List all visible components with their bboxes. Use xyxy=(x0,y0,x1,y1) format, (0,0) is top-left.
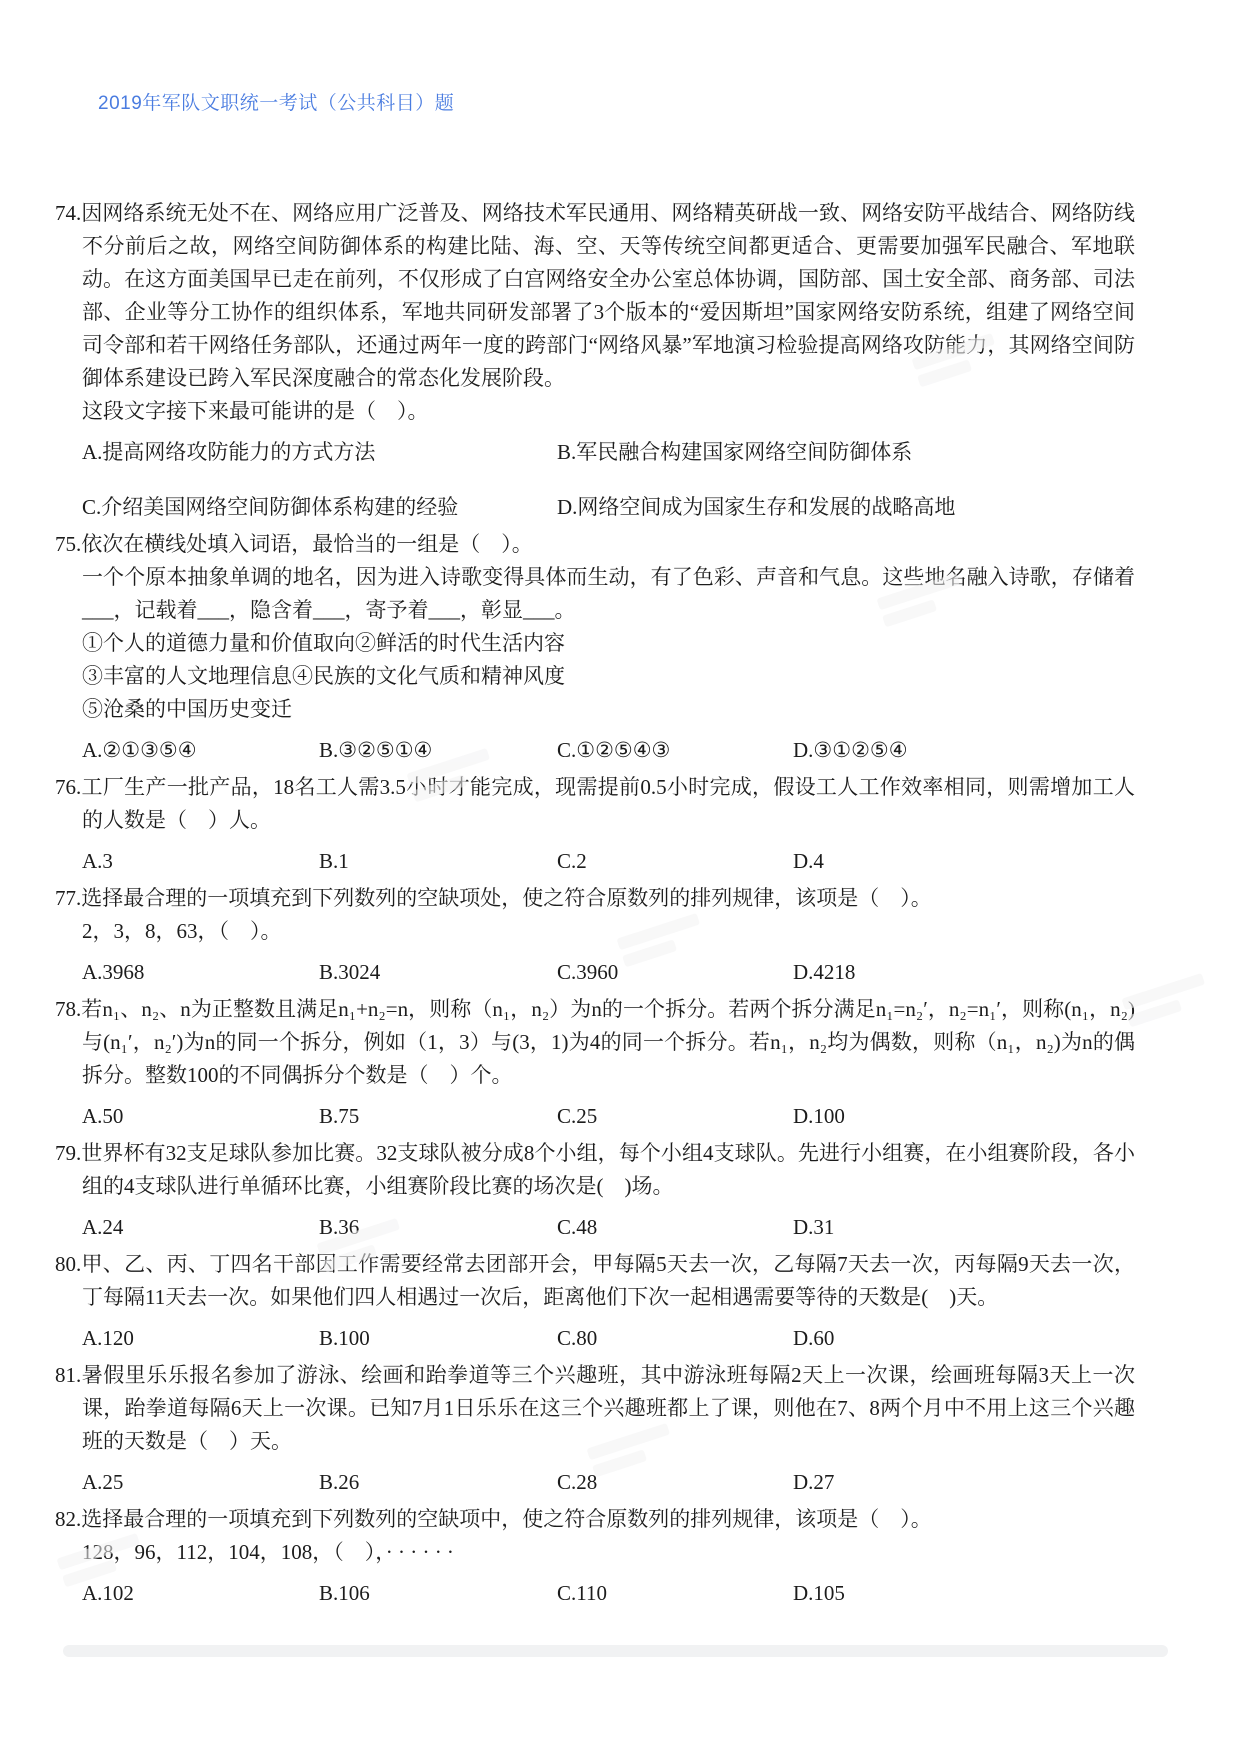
question-stem: 80.甲、乙、丙、丁四名干部因工作需要经常去团部开会，甲每隔5天去一次，乙每隔7… xyxy=(55,1248,1135,1314)
option-a: A.102 xyxy=(82,1577,319,1610)
option-d: D.③①②⑤④ xyxy=(793,734,1135,767)
options-row: A.提高网络攻防能力的方式方法 B.军民融合构建国家网络空间防御体系 C.介绍美… xyxy=(55,436,1135,524)
question-number: 74. xyxy=(55,201,81,225)
question-passage: 一个个原本抽象单调的地名，因为进入诗歌变得具体而生动，有了色彩、声音和气息。这些… xyxy=(55,561,1135,627)
question-76: 76.工厂生产一批产品，18名工人需3.5小时才能完成，现需提前0.5小时完成，… xyxy=(55,771,1135,878)
option-c: C.25 xyxy=(557,1100,793,1133)
option-c: C.介绍美国网络空间防御体系构建的经验 xyxy=(82,491,557,524)
option-a: A.3968 xyxy=(82,956,319,989)
option-c: C.①②⑤④③ xyxy=(557,734,793,767)
options-row: A.50 B.75 C.25 D.100 xyxy=(55,1100,1135,1133)
question-stem-text: 暑假里乐乐报名参加了游泳、绘画和跆拳道等三个兴趣班，其中游泳班每隔2天上一次课，… xyxy=(81,1363,1135,1453)
question-75: 75.依次在横线处填入词语，最恰当的一组是（ ）。 一个个原本抽象单调的地名，因… xyxy=(55,528,1135,767)
option-b: B.75 xyxy=(319,1100,557,1133)
question-78: 78.若n₁、n₂、n为正整数且满足n₁+n₂=n，则称（n₁，n₂）为n的一个… xyxy=(55,993,1135,1133)
question-number: 75. xyxy=(55,532,81,556)
question-number: 82. xyxy=(55,1507,81,1531)
option-a: A.3 xyxy=(82,845,319,878)
question-sequence: 128，96，112，104，108，（ ），· · · · · · xyxy=(55,1536,1135,1569)
options-row: A.25 B.26 C.28 D.27 xyxy=(55,1466,1135,1499)
option-d: D.100 xyxy=(793,1100,1135,1133)
question-item-line: ③丰富的人文地理信息④民族的文化气质和精神风度 xyxy=(55,660,1135,693)
option-a: A.提高网络攻防能力的方式方法 xyxy=(82,436,557,469)
question-number: 81. xyxy=(55,1363,81,1387)
option-b: B.③②⑤①④ xyxy=(319,734,557,767)
option-d: D.60 xyxy=(793,1322,1135,1355)
option-a: A.50 xyxy=(82,1100,319,1133)
option-a: A.25 xyxy=(82,1466,319,1499)
option-d: D.27 xyxy=(793,1466,1135,1499)
option-b: B.26 xyxy=(319,1466,557,1499)
question-lead: 这段文字接下来最可能讲的是（ ）。 xyxy=(55,395,1135,428)
option-b: B.1 xyxy=(319,845,557,878)
exam-page: 2019年军队文职统一考试（公共科目）题 74.因网络系统无处不在、网络应用广泛… xyxy=(0,0,1240,1754)
question-stem: 78.若n₁、n₂、n为正整数且满足n₁+n₂=n，则称（n₁，n₂）为n的一个… xyxy=(55,993,1135,1092)
option-d: D.105 xyxy=(793,1577,1135,1610)
question-stem-text: 若n₁、n₂、n为正整数且满足n₁+n₂=n，则称（n₁，n₂）为n的一个拆分。… xyxy=(81,997,1135,1087)
question-stem: 75.依次在横线处填入词语，最恰当的一组是（ ）。 xyxy=(55,528,1135,561)
option-b: B.106 xyxy=(319,1577,557,1610)
question-stem-text: 工厂生产一批产品，18名工人需3.5小时才能完成，现需提前0.5小时完成，假设工… xyxy=(81,775,1135,832)
question-stem: 81.暑假里乐乐报名参加了游泳、绘画和跆拳道等三个兴趣班，其中游泳班每隔2天上一… xyxy=(55,1359,1135,1458)
question-list: 74.因网络系统无处不在、网络应用广泛普及、网络技术军民通用、网络精英研战一致、… xyxy=(55,197,1135,1610)
option-a: A.②①③⑤④ xyxy=(82,734,319,767)
question-number: 77. xyxy=(55,886,81,910)
options-row: A.3968 B.3024 C.3960 D.4218 xyxy=(55,956,1135,989)
option-c: C.28 xyxy=(557,1466,793,1499)
page-title: 2019年军队文职统一考试（公共科目）题 xyxy=(98,88,1135,115)
question-stem: 82.选择最合理的一项填充到下列数列的空缺项中，使之符合原数列的排列规律，该项是… xyxy=(55,1503,1135,1536)
options-row: A.120 B.100 C.80 D.60 xyxy=(55,1322,1135,1355)
option-c: C.48 xyxy=(557,1211,793,1244)
options-row: A.②①③⑤④ B.③②⑤①④ C.①②⑤④③ D.③①②⑤④ xyxy=(55,734,1135,767)
option-b: B.3024 xyxy=(319,956,557,989)
question-stem-text: 世界杯有32支足球队参加比赛。32支球队被分成8个小组，每个小组4支球队。先进行… xyxy=(81,1141,1135,1198)
question-stem: 74.因网络系统无处不在、网络应用广泛普及、网络技术军民通用、网络精英研战一致、… xyxy=(55,197,1135,395)
option-d: D.4218 xyxy=(793,956,1135,989)
option-c: C.80 xyxy=(557,1322,793,1355)
question-item-line: ⑤沧桑的中国历史变迁 xyxy=(55,693,1135,726)
option-c: C.3960 xyxy=(557,956,793,989)
question-74: 74.因网络系统无处不在、网络应用广泛普及、网络技术军民通用、网络精英研战一致、… xyxy=(55,197,1135,524)
option-a: A.120 xyxy=(82,1322,319,1355)
question-number: 79. xyxy=(55,1141,81,1165)
options-row: A.24 B.36 C.48 D.31 xyxy=(55,1211,1135,1244)
options-row: A.102 B.106 C.110 D.105 xyxy=(55,1577,1135,1610)
question-stem: 76.工厂生产一批产品，18名工人需3.5小时才能完成，现需提前0.5小时完成，… xyxy=(55,771,1135,837)
question-80: 80.甲、乙、丙、丁四名干部因工作需要经常去团部开会，甲每隔5天去一次，乙每隔7… xyxy=(55,1248,1135,1355)
question-number: 76. xyxy=(55,775,81,799)
question-stem-text: 甲、乙、丙、丁四名干部因工作需要经常去团部开会，甲每隔5天去一次，乙每隔7天去一… xyxy=(81,1252,1135,1309)
question-number: 80. xyxy=(55,1252,81,1276)
question-stem-text: 依次在横线处填入词语，最恰当的一组是（ ）。 xyxy=(81,532,533,556)
watermark xyxy=(1121,973,1212,1033)
option-b: B.军民融合构建国家网络空间防御体系 xyxy=(557,436,1135,469)
question-stem-text: 因网络系统无处不在、网络应用广泛普及、网络技术军民通用、网络精英研战一致、网络安… xyxy=(81,201,1135,390)
option-c: C.2 xyxy=(557,845,793,878)
question-item-line: ①个人的道德力量和价值取向②鲜活的时代生活内容 xyxy=(55,627,1135,660)
question-stem-text: 选择最合理的一项填充到下列数列的空缺项处，使之符合原数列的排列规律，该项是（ ）… xyxy=(81,886,932,910)
options-row: A.3 B.1 C.2 D.4 xyxy=(55,845,1135,878)
question-stem-text: 选择最合理的一项填充到下列数列的空缺项中，使之符合原数列的排列规律，该项是（ ）… xyxy=(81,1507,932,1531)
question-82: 82.选择最合理的一项填充到下列数列的空缺项中，使之符合原数列的排列规律，该项是… xyxy=(55,1503,1135,1610)
question-number: 78. xyxy=(55,997,81,1021)
question-77: 77.选择最合理的一项填充到下列数列的空缺项处，使之符合原数列的排列规律，该项是… xyxy=(55,882,1135,989)
question-stem: 79.世界杯有32支足球队参加比赛。32支球队被分成8个小组，每个小组4支球队。… xyxy=(55,1137,1135,1203)
option-c: C.110 xyxy=(557,1577,793,1610)
question-stem: 77.选择最合理的一项填充到下列数列的空缺项处，使之符合原数列的排列规律，该项是… xyxy=(55,882,1135,915)
question-sequence: 2，3，8，63，（ ）。 xyxy=(55,915,1135,948)
option-d: D.31 xyxy=(793,1211,1135,1244)
option-d: D.网络空间成为国家生存和发展的战略高地 xyxy=(557,491,1135,524)
option-b: B.100 xyxy=(319,1322,557,1355)
page-bottom-divider xyxy=(63,1645,1168,1657)
question-79: 79.世界杯有32支足球队参加比赛。32支球队被分成8个小组，每个小组4支球队。… xyxy=(55,1137,1135,1244)
option-b: B.36 xyxy=(319,1211,557,1244)
option-d: D.4 xyxy=(793,845,1135,878)
question-81: 81.暑假里乐乐报名参加了游泳、绘画和跆拳道等三个兴趣班，其中游泳班每隔2天上一… xyxy=(55,1359,1135,1499)
option-a: A.24 xyxy=(82,1211,319,1244)
